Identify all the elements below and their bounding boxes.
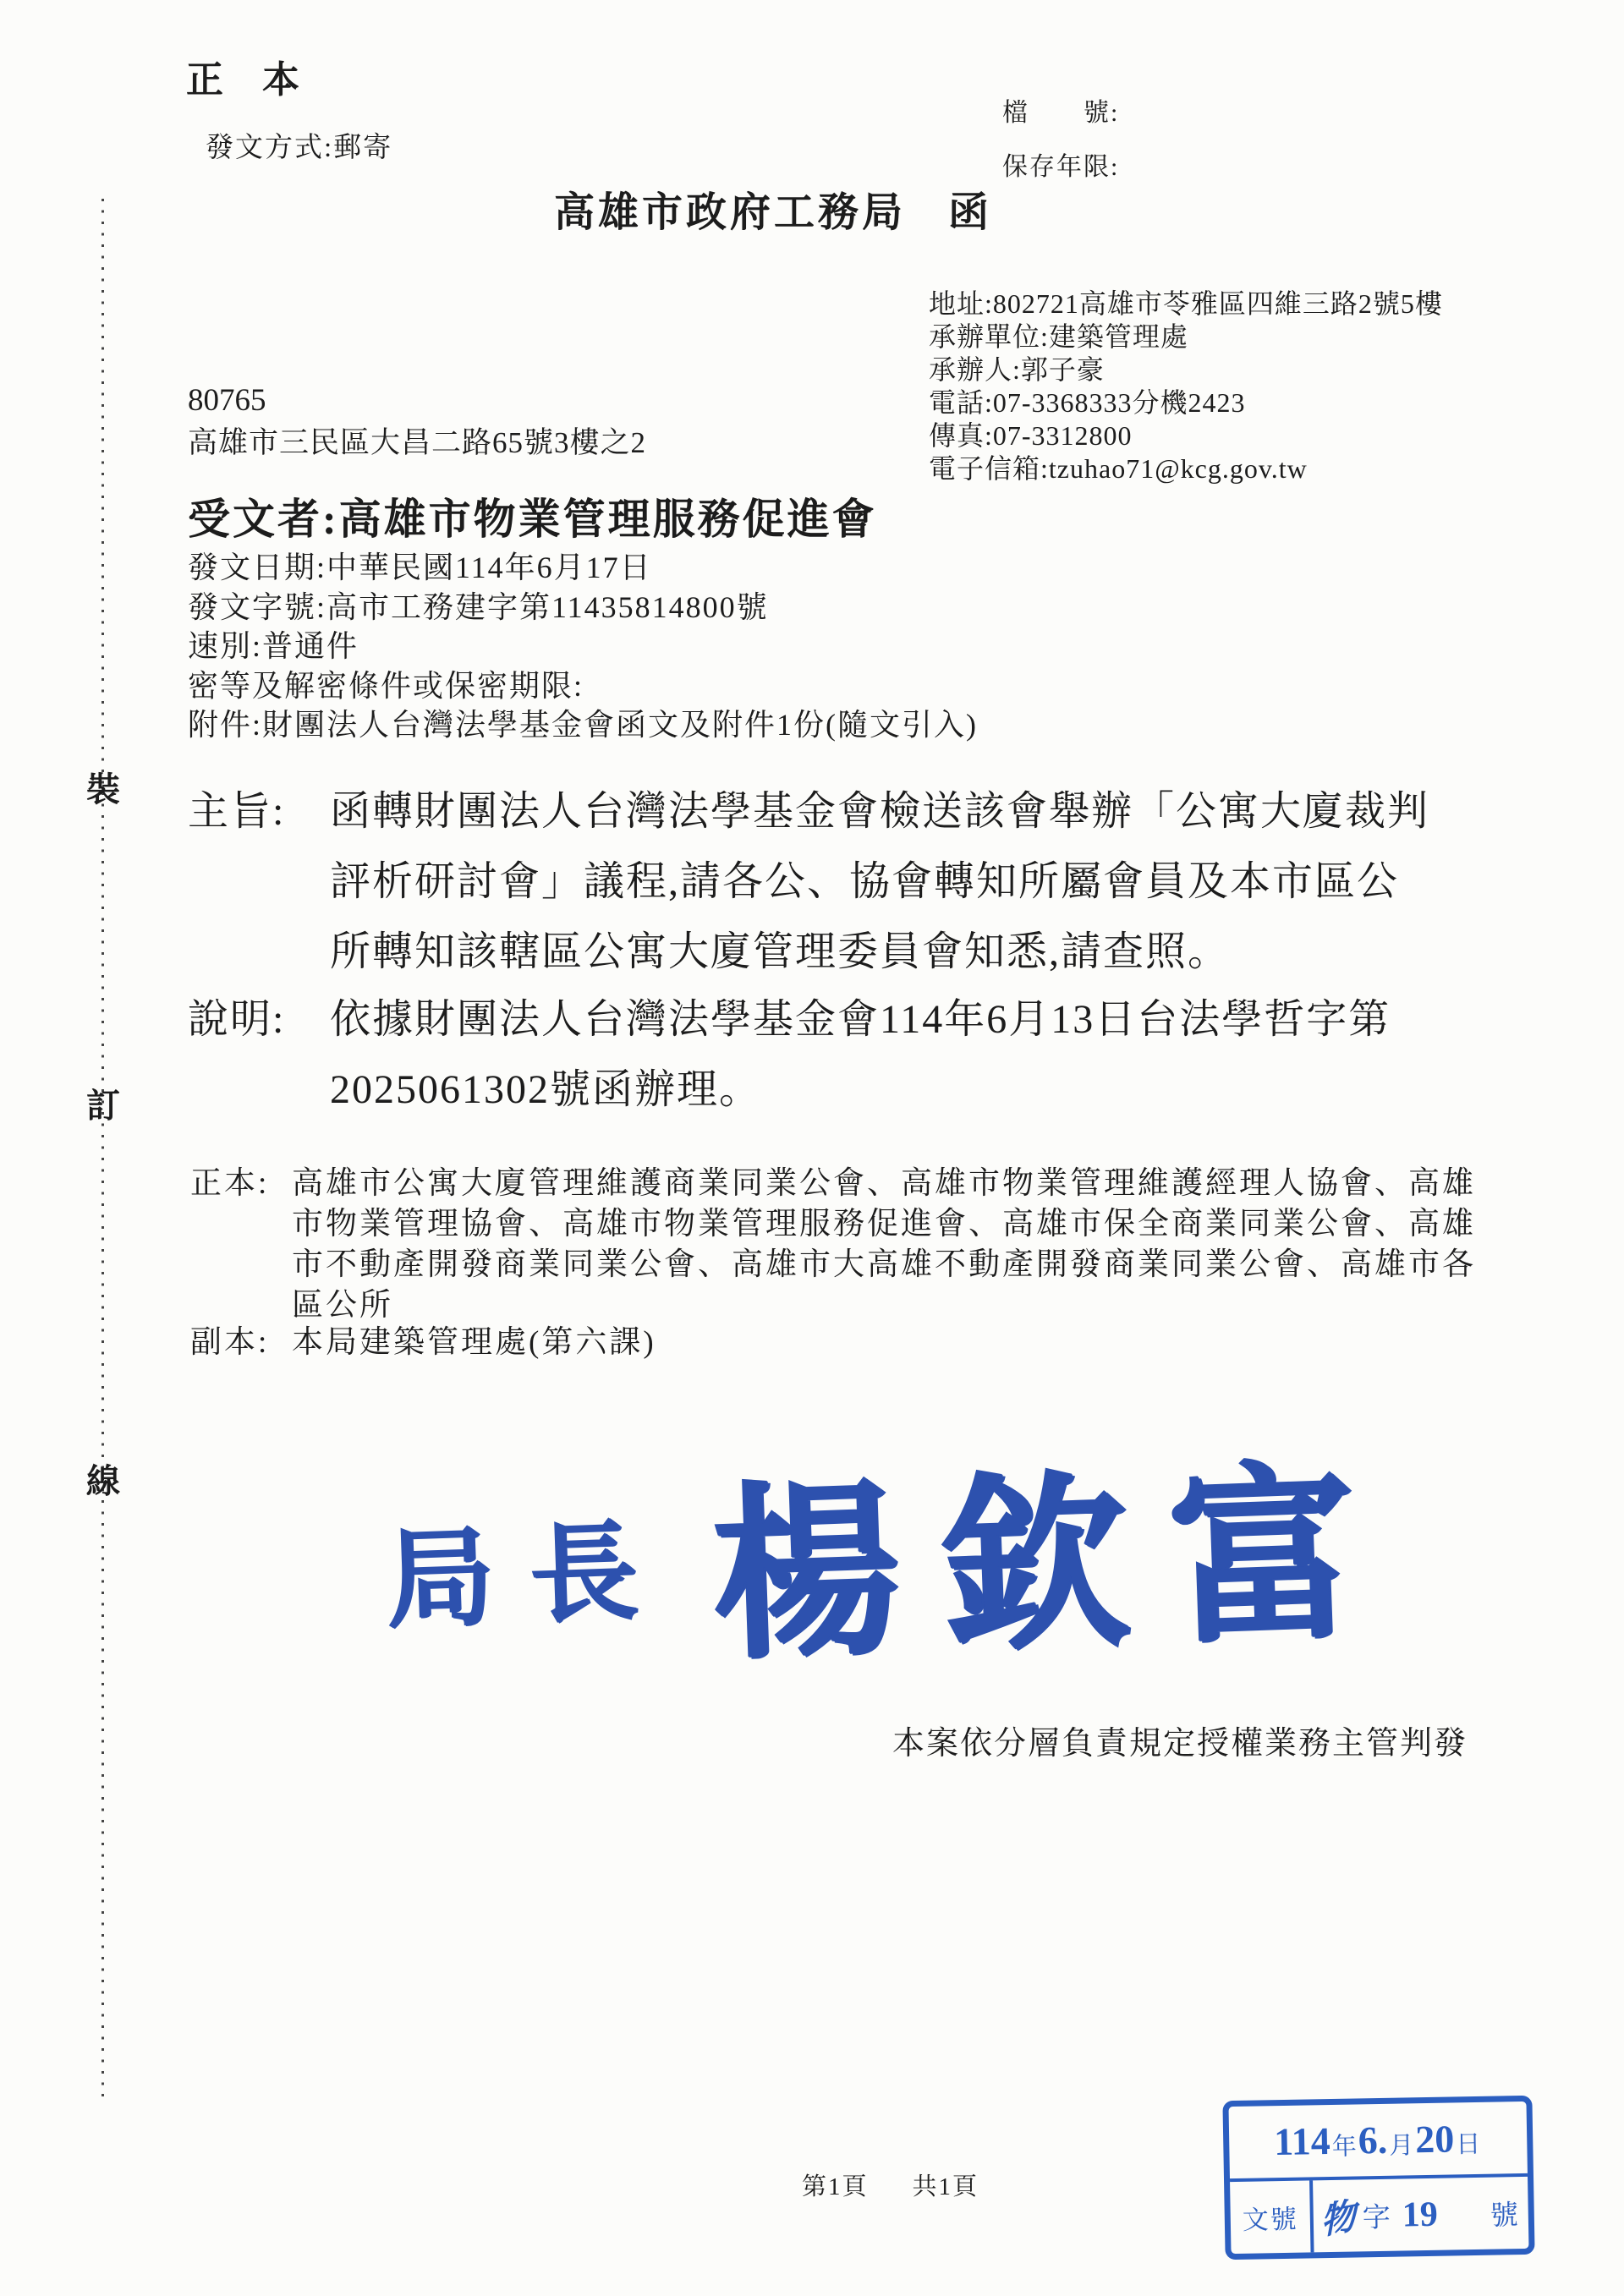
original-copies-line: 高雄市公寓大廈管理維護商業同業公會、高雄市物業管理維護經理人協會、高雄	[292, 1157, 1476, 1203]
contact-email-line: 電子信箱:tzuhao71@kcg.gov.tw	[929, 452, 1443, 485]
stamp-date-row: 114 年 6. 月 20 日	[1229, 2101, 1528, 2182]
priority-line: 速別:普通件	[188, 627, 978, 666]
binding-mark-xian: 線	[82, 1455, 124, 1503]
original-copies-label: 正本:	[190, 1157, 269, 1203]
subject-line: 函轉財團法人台灣法學基金會檢送該會舉辦「公寓大廈裁判	[330, 778, 1429, 836]
subject-line: 評析研討會」議程,請各公、協會轉知所屬會員及本市區公	[330, 848, 1399, 907]
issuing-org-name: 高雄市政府工務局	[554, 190, 906, 235]
stamp-docno-row: 文號 物 字 19 號	[1230, 2177, 1528, 2254]
signer-name-calligraphy: 楊欽富	[707, 1401, 1402, 1695]
document-type: 函	[948, 190, 992, 235]
explanation-line: 依據財團法人台灣法學基金會114年6月13日台法學哲字第	[330, 986, 1391, 1044]
contact-unit-line: 承辦單位:建築管理處	[929, 321, 1443, 353]
cc-recipient: 本局建築管理處(第六課)	[292, 1316, 656, 1362]
stamp-day: 20	[1415, 2116, 1455, 2162]
binding-dotted-line	[101, 199, 104, 2100]
current-page: 第1頁	[802, 2173, 869, 2200]
recipient-street-address: 高雄市三民區大昌二路65號3樓之2	[188, 419, 646, 462]
cc-label: 副本:	[190, 1316, 269, 1362]
original-copies-line: 市不動產開發商業同業公會、高雄市大高雄不動產開發商業同業公會、高雄市各	[292, 1238, 1476, 1284]
binding-mark-zhuang: 裝	[82, 763, 124, 811]
signature-block: 局長 楊欽富	[380, 1394, 1362, 1715]
subject-line: 所轉知該轄區公寓大廈管理委員會知悉,請查照。	[330, 918, 1230, 977]
retention-period-label: 保存年限:	[1002, 145, 1119, 183]
document-title: 高雄市政府工務局函	[554, 179, 992, 238]
recipient-line: 受文者:高雄市物業管理服務促進會	[188, 485, 877, 546]
stamp-day-unit: 日	[1456, 2125, 1481, 2161]
explanation-label: 說明:	[188, 986, 285, 1044]
contact-person-line: 承辦人:郭子豪	[929, 353, 1443, 386]
stamp-docno-label: 文號	[1230, 2180, 1314, 2254]
recipient-label: 受文者:	[188, 496, 339, 543]
stamp-docno-unit: 號	[1490, 2193, 1518, 2233]
binding-mark-ding: 訂	[82, 1079, 124, 1127]
stamp-year-unit: 年	[1331, 2127, 1357, 2162]
file-number-label: 檔 號:	[1002, 91, 1119, 129]
send-method-label: 發文方式:郵寄	[206, 125, 392, 165]
signer-title: 局長	[382, 1483, 675, 1649]
stamp-year: 114	[1274, 2118, 1330, 2164]
stamp-month-unit: 月	[1389, 2126, 1414, 2162]
received-date-stamp: 114 年 6. 月 20 日 文號 物 字 19 號	[1222, 2096, 1534, 2260]
classification-line: 密等及解密條件或保密期限:	[188, 666, 978, 706]
stamp-docno-value: 物 字 19 號	[1313, 2177, 1528, 2252]
authorization-note: 本案依分層負責規定授權業務主管判發	[892, 1717, 1468, 1763]
subject-label: 主旨:	[188, 778, 285, 836]
stamp-docno-number: 19	[1402, 2194, 1438, 2235]
scanned-letter-page: 正本 發文方式:郵寄 檔 號: 保存年限: 高雄市政府工務局函 地址:80272…	[0, 0, 1624, 2296]
contact-info-block: 地址:802721高雄市苓雅區四維三路2號5樓 承辦單位:建築管理處 承辦人:郭…	[929, 288, 1443, 485]
total-pages: 共1頁	[913, 2173, 979, 2200]
stamp-docno-mid: 字	[1362, 2195, 1391, 2236]
copy-type-label: 正本	[186, 49, 338, 103]
recipient-zip: 80765	[188, 382, 266, 419]
issue-date-line: 發文日期:中華民國114年6月17日	[188, 548, 978, 588]
attachment-line: 附件:財團法人台灣法學基金會函文及附件1份(隨文引入)	[188, 705, 978, 745]
original-copies-line: 市物業管理協會、高雄市物業管理服務促進會、高雄市保全商業同業公會、高雄	[292, 1197, 1476, 1243]
contact-fax-line: 傳真:07-3312800	[929, 419, 1443, 452]
contact-phone-line: 電話:07-3368333分機2423	[929, 386, 1443, 419]
page-footer: 第1頁共1頁	[802, 2167, 979, 2202]
stamp-month: 6.	[1358, 2118, 1387, 2163]
explanation-line: 2025061302號函辦理。	[330, 1056, 761, 1115]
recipient-name: 高雄市物業管理服務促進會	[339, 496, 877, 543]
contact-address-line: 地址:802721高雄市苓雅區四維三路2號5樓	[929, 288, 1443, 321]
document-meta-block: 發文日期:中華民國114年6月17日 發文字號:高市工務建字第114358148…	[188, 548, 978, 745]
stamp-docno-handwritten-char: 物	[1319, 2187, 1357, 2245]
issue-number-line: 發文字號:高市工務建字第11435814800號	[188, 588, 978, 627]
